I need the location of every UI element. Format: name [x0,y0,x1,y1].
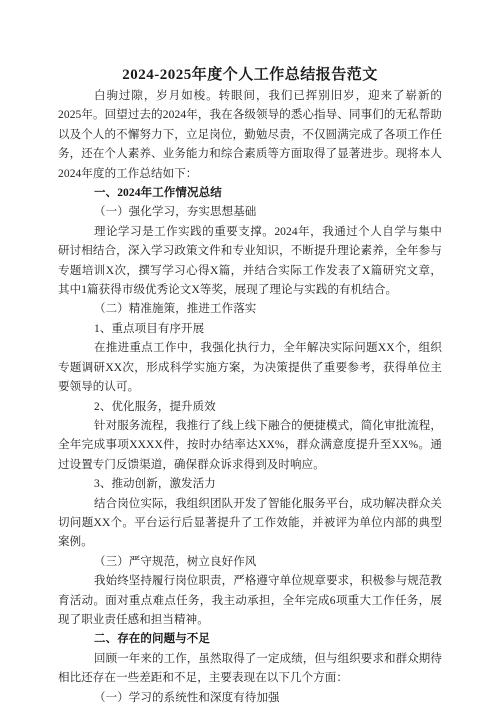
paragraph: （三）严守规范，树立良好作风 [58,553,442,572]
document-page: 2024-2025年度个人工作总结报告范文 白驹过隙，岁月如梭。转眼间，我们已挥… [0,0,500,707]
paragraph: 结合岗位实际，我组织团队开发了智能化服务平台，成功解决群众关切问题XX个。平台运… [58,495,442,553]
paragraph: 理论学习是工作实践的重要支撑。2024年，我通过个人自学与集中研讨相结合，深入学… [58,223,442,301]
paragraph: （一）强化学习，夯实思想基础 [58,203,442,222]
section-heading: 二、存在的问题与不足 [58,630,442,649]
paragraph: 2、优化服务，提升质效 [58,398,442,417]
document-body: 白驹过隙，岁月如梭。转眼间，我们已挥别旧岁，迎来了崭新的2025年。回望过去的2… [58,87,442,707]
paragraph: 白驹过隙，岁月如梭。转眼间，我们已挥别旧岁，迎来了崭新的2025年。回望过去的2… [58,87,442,184]
paragraph: 回顾一年来的工作，虽然取得了一定成绩，但与组织要求和群众期待相比还存在一些差距和… [58,650,442,689]
section-heading: 一、2024年工作情况总结 [58,184,442,203]
paragraph: 1、重点项目有序开展 [58,320,442,339]
paragraph: （二）精准施策，推进工作落实 [58,300,442,319]
paragraph: 我始终坚持履行岗位职责，严格遵守单位规章要求，积极参与规范教育活动。面对重点难点… [58,572,442,630]
paragraph: 在推进重点工作中，我强化执行力，全年解决实际问题XX个，组织专题调研XX次，形成… [58,339,442,397]
document-title: 2024-2025年度个人工作总结报告范文 [58,64,442,87]
paragraph: 针对服务流程，我推行了线上线下融合的便捷模式，简化审批流程，全年完成事项XXXX… [58,417,442,475]
paragraph: （一）学习的系统性和深度有待加强 [58,689,442,707]
paragraph: 3、推动创新，激发活力 [58,475,442,494]
